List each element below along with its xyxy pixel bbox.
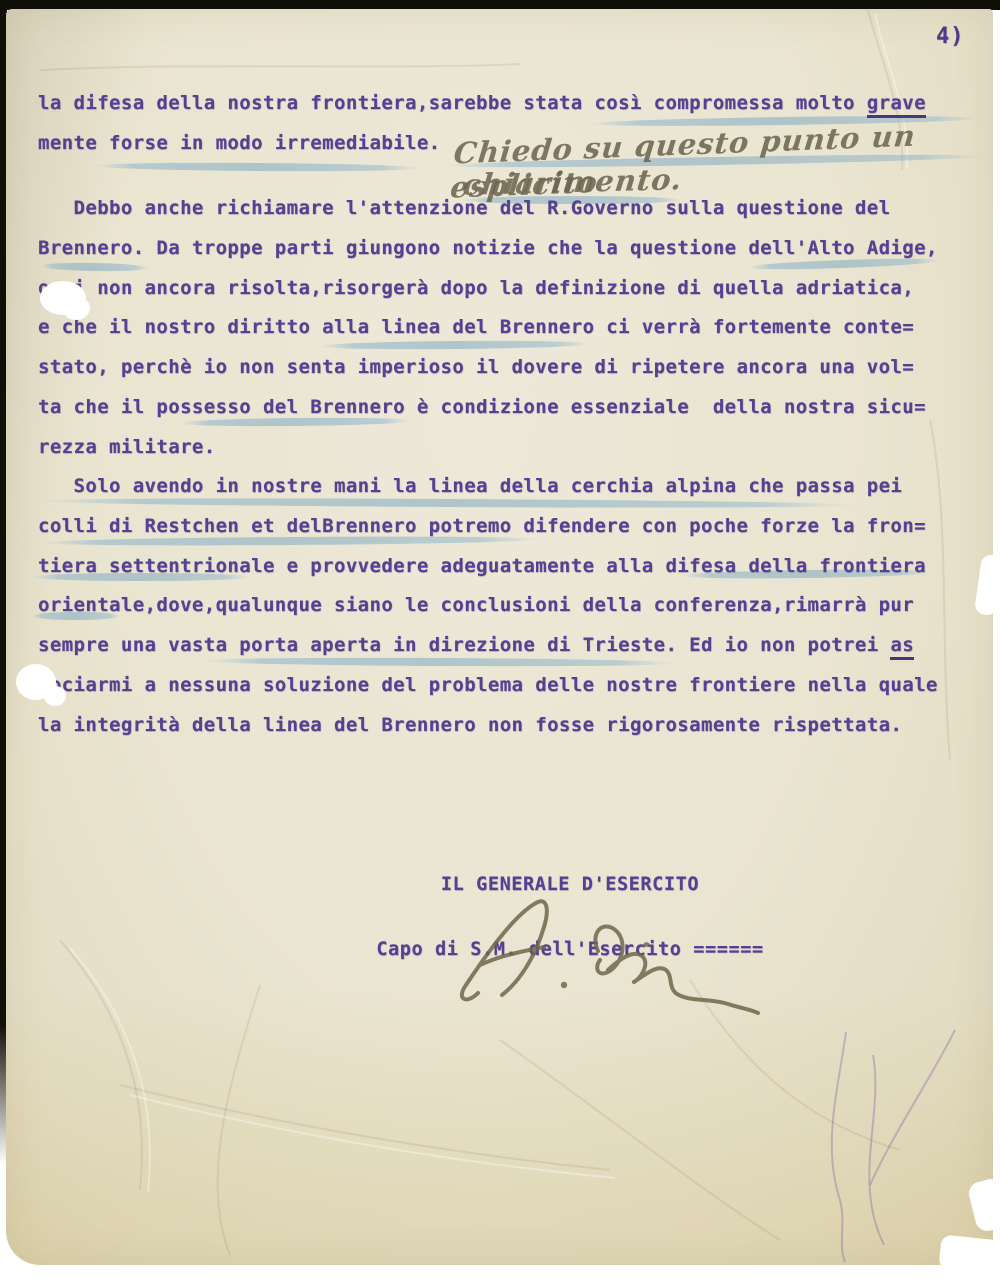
typed-line: colli di Restchen et delBrennero potremo… xyxy=(38,507,953,547)
typed-line: la integrità della linea del Brennero no… xyxy=(38,706,953,746)
typed-line: rezza militare. xyxy=(38,428,953,468)
typed-line: e che il nostro diritto alla linea del B… xyxy=(38,308,953,348)
torn-edge xyxy=(938,1234,1000,1275)
typed-line: stato, perchè io non senta imperioso il … xyxy=(38,348,953,388)
typed-line: la difesa della nostra frontiera,sarebbe… xyxy=(38,84,953,124)
typed-line: Brennero. Da troppe parti giungono notiz… xyxy=(38,229,953,269)
signature-a-diaz xyxy=(448,893,768,1023)
typed-paragraph-3: Solo avendo in nostre mani la linea dell… xyxy=(38,467,953,746)
typed-paragraph-2: Debbo anche richiamare l'attenzione del … xyxy=(38,189,953,468)
typed-line: oggi non ancora risolta,risorgerà dopo l… xyxy=(38,269,953,309)
handwritten-annotation-line2: chiarimento. xyxy=(461,162,684,202)
document-page: 4) la difesa della nostra frontiera,sare… xyxy=(0,0,1000,1279)
typed-line: sociarmi a nessuna soluzione del problem… xyxy=(38,666,953,706)
typed-line: orientale,dove,qualunque siano le conclu… xyxy=(38,586,953,626)
page-number: 4) xyxy=(936,24,965,49)
typed-line: Solo avendo in nostre mani la linea dell… xyxy=(38,467,953,507)
paper-damage-spot xyxy=(44,686,66,706)
typed-line: ta che il possesso del Brennero è condiz… xyxy=(38,388,953,428)
typed-line: sempre una vasta porta aperta in direzio… xyxy=(38,626,953,666)
typed-line: tiera settentrionale e provvedere adegua… xyxy=(38,547,953,587)
paper-damage-spot xyxy=(62,296,90,320)
